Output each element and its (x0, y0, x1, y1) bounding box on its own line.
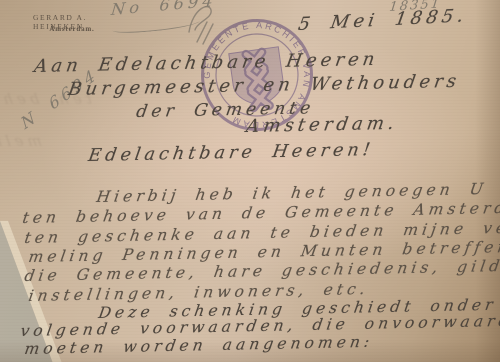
bleed-through-text: meling Penningen en Munten betreffende (0, 132, 43, 150)
address-line: Amsterdam. (245, 113, 400, 137)
date-line: 5 Mei 1885. (297, 5, 469, 35)
salutation: Edelachtbare Heeren! (87, 140, 375, 166)
letterhead-city: Amsterdam. (33, 25, 111, 33)
address-line: Burgemeester en Wethouders (67, 71, 462, 100)
scanned-letter: ten behoeve van de Gemeente Amsterdam me… (0, 0, 500, 362)
